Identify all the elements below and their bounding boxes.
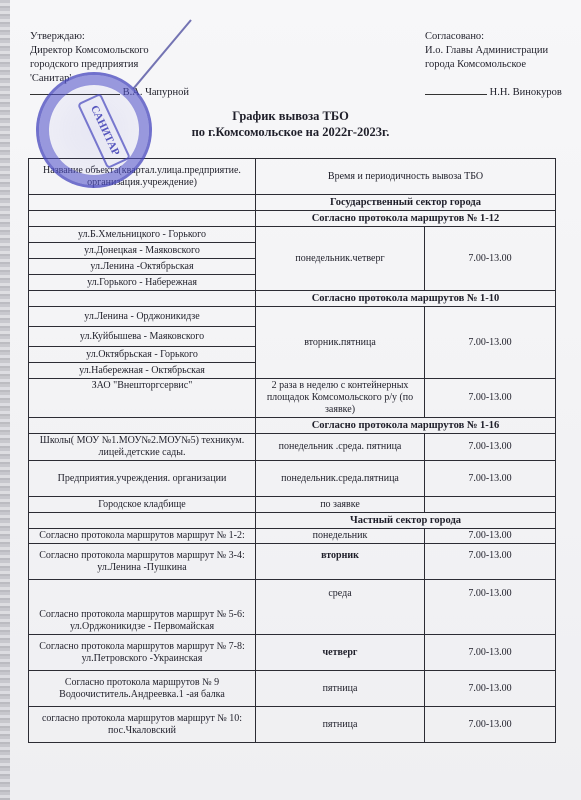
- group3-label: Согласно протокола маршрутов № 1-16: [256, 418, 556, 434]
- header-object: Название объекта(квартал.улица.предприят…: [29, 159, 256, 195]
- days-cell: вторник: [256, 544, 425, 580]
- zao-days: 2 раза в неделю с контейнерных площадок …: [256, 379, 425, 418]
- group2-label: Согласно протокола маршрутов № 1-10: [256, 291, 556, 307]
- table-row: Согласно протокола маршрутов маршрут № 7…: [29, 635, 556, 671]
- object-cell: согласно протокола маршрутов маршрут № 1…: [29, 707, 256, 743]
- time-cell: 7.00-13.00: [425, 529, 556, 544]
- header-schedule: Время и периодичность вывоза ТБО: [256, 159, 556, 195]
- table-row: Согласно протокола маршрутов маршрут № 5…: [29, 580, 556, 635]
- street-cell: ул.Ленина - Орджоникидзе: [29, 307, 256, 327]
- agreement-line1: И.о. Главы Администрации: [425, 44, 562, 58]
- signature-underline: [425, 94, 487, 95]
- time-cell: 7.00-13.00: [425, 227, 556, 291]
- time-cell: [425, 497, 556, 513]
- agreement-signature-line: Н.Н. Винокуров: [425, 86, 562, 100]
- time-cell: 7.00-13.00: [425, 707, 556, 743]
- title-line1: График вывоза ТБО: [0, 108, 581, 124]
- table-row: ЗАО "Внешторгсервис" 2 раза в неделю с к…: [29, 379, 556, 418]
- document-title: График вывоза ТБО по г.Комсомольское на …: [0, 108, 581, 140]
- days-cell: пятница: [256, 707, 425, 743]
- approval-heading: Утверждаю:: [30, 30, 189, 44]
- table-row: Городское кладбище по заявке: [29, 497, 556, 513]
- section-row: Согласно протокола маршрутов № 1-10: [29, 291, 556, 307]
- approval-signature-line: В.А. Чапурной: [30, 86, 189, 100]
- days-cell: понедельник.среда.пятница: [256, 461, 425, 497]
- table-row: ул.Ленина - Орджоникидзе вторник.пятница…: [29, 307, 556, 327]
- days-cell: среда: [256, 580, 425, 635]
- agreement-heading: Согласовано:: [425, 30, 562, 44]
- table-row: ул.Б.Хмельницкого - Горького понедельник…: [29, 227, 556, 243]
- days-cell: четверг: [256, 635, 425, 671]
- schedule-table: Название объекта(квартал.улица.предприят…: [28, 158, 556, 743]
- object-cell: Школы( МОУ №1.МОУ№2.МОУ№5) техникум. лиц…: [29, 434, 256, 461]
- agreement-signer: Н.Н. Винокуров: [490, 87, 562, 98]
- section-row: Согласно протокола маршрутов № 1-16: [29, 418, 556, 434]
- days-cell: по заявке: [256, 497, 425, 513]
- section-row: Частный сектор города: [29, 513, 556, 529]
- object-cell: Городское кладбище: [29, 497, 256, 513]
- agreement-line2: города Комсомольское: [425, 58, 562, 72]
- table-row: Согласно протокола маршрутов маршрут № 3…: [29, 544, 556, 580]
- street-cell: ул.Октябрьская - Горького: [29, 347, 256, 363]
- time-cell: 7.00-13.00: [425, 580, 556, 635]
- section-private: Частный сектор города: [256, 513, 556, 529]
- approval-block: Утверждаю: Директор Комсомольского город…: [30, 30, 189, 100]
- object-cell: Согласно протокола маршрутов маршрут № 3…: [29, 544, 256, 580]
- title-line2: по г.Комсомольское на 2022г-2023г.: [0, 124, 581, 140]
- document-page: Утверждаю: Директор Комсомольского город…: [0, 0, 581, 800]
- time-cell: 7.00-13.00: [425, 434, 556, 461]
- object-cell: Согласно протокола маршрутов маршрут № 7…: [29, 635, 256, 671]
- group1-label: Согласно протокола маршрутов № 1-12: [256, 211, 556, 227]
- zao-time: 7.00-13.00: [425, 379, 556, 418]
- section-row: Согласно протокола маршрутов № 1-12: [29, 211, 556, 227]
- days-cell: понедельник.четверг: [256, 227, 425, 291]
- street-cell: ул.Б.Хмельницкого - Горького: [29, 227, 256, 243]
- days-cell: понедельник: [256, 529, 425, 544]
- signature-underline: [30, 94, 120, 95]
- table-row: согласно протокола маршрутов маршрут № 1…: [29, 707, 556, 743]
- table-row: Школы( МОУ №1.МОУ№2.МОУ№5) техникум. лиц…: [29, 434, 556, 461]
- zao-name: ЗАО "Внешторгсервис": [29, 379, 256, 418]
- object-cell: Согласно протокола маршрутов № 9 Водоочи…: [29, 671, 256, 707]
- approval-line2: городского предприятия: [30, 58, 189, 72]
- time-cell: 7.00-13.00: [425, 307, 556, 379]
- street-cell: ул.Набережная - Октябрьская: [29, 363, 256, 379]
- days-cell: пятница: [256, 671, 425, 707]
- time-cell: 7.00-13.00: [425, 635, 556, 671]
- object-cell: Согласно протокола маршрутов маршрут № 1…: [29, 529, 256, 544]
- approval-line3: 'Санитар': [30, 72, 189, 86]
- street-cell: ул.Ленина -Октябрьская: [29, 259, 256, 275]
- table-row: Предприятия.учреждения. организации поне…: [29, 461, 556, 497]
- section-row: Государственный сектор города: [29, 195, 556, 211]
- section-state: Государственный сектор города: [256, 195, 556, 211]
- table-header-row: Название объекта(квартал.улица.предприят…: [29, 159, 556, 195]
- time-cell: 7.00-13.00: [425, 544, 556, 580]
- street-cell: ул.Куйбышева - Маяковского: [29, 327, 256, 347]
- time-cell: 7.00-13.00: [425, 671, 556, 707]
- days-cell: вторник.пятница: [256, 307, 425, 379]
- agreement-block: Согласовано: И.о. Главы Администрации го…: [425, 30, 562, 100]
- street-cell: ул.Горького - Набережная: [29, 275, 256, 291]
- table-row: Согласно протокола маршрутов № 9 Водоочи…: [29, 671, 556, 707]
- object-cell: Предприятия.учреждения. организации: [29, 461, 256, 497]
- table-row: Согласно протокола маршрутов маршрут № 1…: [29, 529, 556, 544]
- time-cell: 7.00-13.00: [425, 461, 556, 497]
- object-cell: Согласно протокола маршрутов маршрут № 5…: [29, 580, 256, 635]
- street-cell: ул.Донецкая - Маяковского: [29, 243, 256, 259]
- days-cell: понедельник .среда. пятница: [256, 434, 425, 461]
